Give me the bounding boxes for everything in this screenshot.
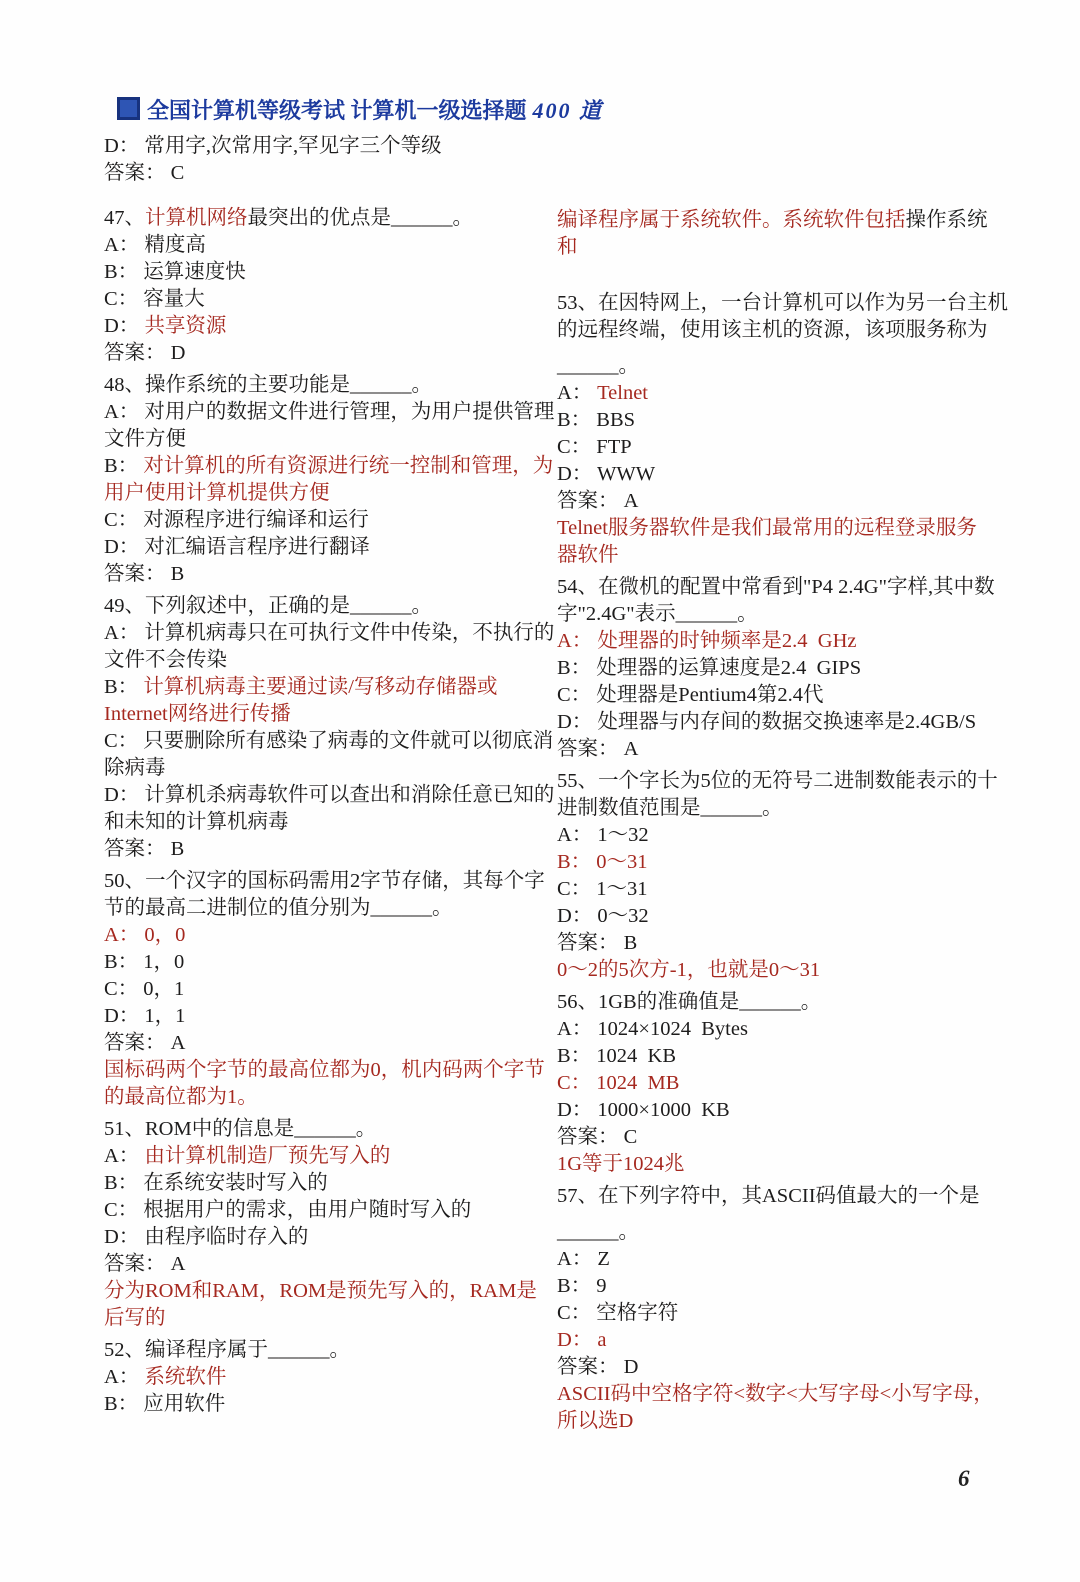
text-line: D： 1，1	[104, 1003, 554, 1030]
text-line: 编译程序属于系统软件。系统软件包括操作系统	[557, 207, 1002, 234]
text-segment: A： 处理器的时钟频率是2.4 GHz	[557, 630, 857, 652]
text-line: 56、1GB的准确值是______。	[557, 989, 1002, 1016]
text-segment: 53、在因特网上，一台计算机可以作为另一台主机	[557, 292, 1008, 314]
text-segment: 答案： A	[557, 490, 638, 512]
page-title: 全国计算机等级考试 计算机一级选择题	[147, 98, 527, 123]
text-line: D： 共享资源	[104, 313, 554, 340]
text-line: 54、在微机的配置中常看到"P4 2.4G"字样,其中数	[557, 574, 1002, 601]
text-line: D： WWW	[557, 461, 1002, 488]
text-segment: B： 9	[557, 1275, 607, 1297]
text-line: A： 0，0	[104, 922, 554, 949]
text-line: 和	[557, 234, 1002, 261]
text-segment: 操作系统	[906, 209, 988, 231]
text-line: 答案： D	[104, 340, 554, 367]
text-line: A： 精度高	[104, 232, 554, 259]
text-line: 57、在下列字符中，其ASCII码值最大的一个是	[557, 1183, 1002, 1210]
question-56: 56、1GB的准确值是______。A： 1024×1024 BytesB： 1…	[557, 989, 1002, 1178]
text-segment: 答案： D	[104, 342, 185, 364]
text-segment: 0～2的5次方-1，也就是0～31	[557, 959, 820, 981]
text-segment: B： 0～31	[557, 851, 648, 873]
text-segment: 编译程序属于系统软件。系统软件包括	[557, 209, 906, 231]
text-line: C： 容量大	[104, 286, 554, 313]
text-line: ______。	[557, 1219, 1002, 1246]
question-47: 47、计算机网络最突出的优点是______。A： 精度高B： 运算速度快C： 容…	[104, 205, 554, 367]
text-segment: 51、ROM中的信息是______。	[104, 1118, 376, 1140]
text-segment: C： 空格字符	[557, 1302, 678, 1324]
text-line: B： 0～31	[557, 849, 1002, 876]
text-segment: B： 运算速度快	[104, 261, 246, 283]
text-line: D： 计算机杀病毒软件可以查出和消除任意已知的	[104, 782, 554, 809]
text-line: C： 空格字符	[557, 1300, 1002, 1327]
text-segment: 文件不会传染	[104, 649, 227, 671]
text-line: B： BBS	[557, 407, 1002, 434]
text-line: 52、编译程序属于______。	[104, 1337, 554, 1364]
text-line: B： 9	[557, 1273, 1002, 1300]
text-line: 字"2.4G"表示______。	[557, 601, 1002, 628]
text-segment: 55、一个字长为5位的无符号二进制数能表示的十	[557, 770, 998, 792]
text-segment: 答案： A	[104, 1253, 185, 1275]
text-line: 49、下列叙述中，正确的是______。	[104, 593, 554, 620]
text-line: A： Z	[557, 1246, 1002, 1273]
text-line: A： 由计算机制造厂预先写入的	[104, 1143, 554, 1170]
text-line: C： 只要删除所有感染了病毒的文件就可以彻底消	[104, 728, 554, 755]
question-57-stem: 57、在下列字符中，其ASCII码值最大的一个是	[557, 1183, 1002, 1210]
question-53-stem: 53、在因特网上，一台计算机可以作为另一台主机的远程终端，使用该主机的资源，该项…	[557, 290, 1002, 344]
text-segment: B： 1024 KB	[557, 1045, 676, 1067]
text-line: Telnet服务器软件是我们最常用的远程登录服务	[557, 515, 1002, 542]
text-segment: C： 对源程序进行编译和运行	[104, 509, 369, 531]
text-line: A： 系统软件	[104, 1364, 554, 1391]
text-segment: 1G等于1024兆	[557, 1153, 685, 1175]
text-segment: D： 由程序临时存入的	[104, 1226, 308, 1248]
text-line: D： 对汇编语言程序进行翻译	[104, 534, 554, 561]
text-segment: 57、在下列字符中，其ASCII码值最大的一个是	[557, 1185, 980, 1207]
text-segment: 进制数值范围是______。	[557, 797, 783, 819]
text-segment: 答案： B	[104, 838, 184, 860]
text-line: 文件不会传染	[104, 647, 554, 674]
text-segment: B： 1，0	[104, 951, 184, 973]
text-segment: A：	[104, 1145, 144, 1167]
text-line: 答案： C	[104, 160, 554, 187]
question-53-options: ______。A： TelnetB： BBSC： FTPD： WWW答案： AT…	[557, 353, 1002, 569]
text-segment: D： 常用字,次常用字,罕见字三个等级	[104, 135, 442, 157]
text-segment: A：	[104, 1366, 144, 1388]
text-segment: 答案： A	[104, 1032, 185, 1054]
text-line: B： 1024 KB	[557, 1043, 1002, 1070]
text-segment: 答案： C	[557, 1126, 637, 1148]
question-55: 55、一个字长为5位的无符号二进制数能表示的十进制数值范围是______。A： …	[557, 768, 1002, 984]
text-line: A： 处理器的时钟频率是2.4 GHz	[557, 628, 1002, 655]
question-54: 54、在微机的配置中常看到"P4 2.4G"字样,其中数字"2.4G"表示___…	[557, 574, 1002, 763]
text-segment: 最突出的优点是______。	[248, 207, 474, 229]
text-segment: A： 精度高	[104, 234, 206, 256]
text-line: 答案： A	[104, 1030, 554, 1057]
text-segment: 分为ROM和RAM，ROM是预先写入的，RAM是	[104, 1280, 537, 1302]
text-line: 答案： A	[557, 736, 1002, 763]
text-segment: C： 处理器是Pentium4第2.4代	[557, 684, 824, 706]
text-line: C： 根据用户的需求，由用户随时写入的	[104, 1197, 554, 1224]
text-line: D： 常用字,次常用字,罕见字三个等级	[104, 133, 554, 160]
question-52: 52、编译程序属于______。A： 系统软件B： 应用软件	[104, 1337, 554, 1418]
text-segment: 系统软件	[144, 1366, 226, 1388]
text-line: 55、一个字长为5位的无符号二进制数能表示的十	[557, 768, 1002, 795]
text-line: B： 在系统安装时写入的	[104, 1170, 554, 1197]
left-column: D： 常用字,次常用字,罕见字三个等级答案： C47、计算机网络最突出的优点是_…	[104, 133, 554, 1423]
text-segment: 54、在微机的配置中常看到"P4 2.4G"字样,其中数	[557, 576, 995, 598]
text-segment: 47、	[104, 207, 145, 229]
text-segment: 答案： A	[557, 738, 638, 760]
text-segment: B： 在系统安装时写入的	[104, 1172, 328, 1194]
text-segment: 52、编译程序属于______。	[104, 1339, 350, 1361]
text-line: 48、操作系统的主要功能是______。	[104, 372, 554, 399]
text-segment: D：	[104, 315, 144, 337]
text-segment: 所以选D	[557, 1410, 633, 1432]
text-segment: ______。	[557, 355, 639, 377]
text-line: 答案： B	[557, 930, 1002, 957]
text-line: 文件方便	[104, 426, 554, 453]
text-segment: B： 应用软件	[104, 1393, 225, 1415]
text-line: D： a	[557, 1327, 1002, 1354]
text-segment: 和未知的计算机病毒	[104, 811, 289, 833]
text-segment: 字"2.4G"表示______。	[557, 603, 758, 625]
text-segment: C： 根据用户的需求，由用户随时写入的	[104, 1199, 471, 1221]
text-segment: A： Z	[557, 1248, 610, 1270]
text-line: 50、一个汉字的国标码需用2字节存储，其每个字	[104, 868, 554, 895]
text-line: 后写的	[104, 1305, 554, 1332]
text-segment: 对计算机的所有资源进行统一控制和管理，为	[143, 455, 553, 477]
text-line: 进制数值范围是______。	[557, 795, 1002, 822]
text-line: C： 0，1	[104, 976, 554, 1003]
text-line: C： 1～31	[557, 876, 1002, 903]
question-48: 48、操作系统的主要功能是______。A： 对用户的数据文件进行管理，为用户提…	[104, 372, 554, 588]
text-segment: C： 只要删除所有感染了病毒的文件就可以彻底消	[104, 730, 553, 752]
text-line: 答案： B	[104, 836, 554, 863]
text-segment: B：	[104, 455, 143, 477]
text-line: 节的最高二进制位的值分别为______。	[104, 895, 554, 922]
text-segment: 计算机网络	[145, 207, 248, 229]
text-segment: A： 1～32	[557, 824, 649, 846]
page-number: 6	[958, 1466, 970, 1492]
text-line: B： 处理器的运算速度是2.4 GIPS	[557, 655, 1002, 682]
text-line: A： 计算机病毒只在可执行文件中传染，不执行的	[104, 620, 554, 647]
text-line: 答案： A	[104, 1251, 554, 1278]
text-line: 国标码两个字节的最高位都为0，机内码两个字节	[104, 1057, 554, 1084]
text-segment: Telnet服务器软件是我们最常用的远程登录服务	[557, 517, 977, 539]
text-line: ASCII码中空格字符<数字<大写字母<小写字母，	[557, 1381, 1002, 1408]
text-line: D： 0～32	[557, 903, 1002, 930]
text-segment: 48、操作系统的主要功能是______。	[104, 374, 432, 396]
question-51: 51、ROM中的信息是______。A： 由计算机制造厂预先写入的B： 在系统安…	[104, 1116, 554, 1332]
text-segment: D： WWW	[557, 463, 655, 485]
text-segment: D： 1，1	[104, 1005, 185, 1027]
text-line: Internet网络进行传播	[104, 701, 554, 728]
text-line: A： 1～32	[557, 822, 1002, 849]
text-line: 和未知的计算机病毒	[104, 809, 554, 836]
text-segment: D： 计算机杀病毒软件可以查出和消除任意已知的	[104, 784, 554, 806]
text-segment: 共享资源	[144, 315, 226, 337]
text-line: D： 1000×1000 KB	[557, 1097, 1002, 1124]
text-line: B： 应用软件	[104, 1391, 554, 1418]
text-line: C： 处理器是Pentium4第2.4代	[557, 682, 1002, 709]
text-line: 器软件	[557, 542, 1002, 569]
text-line: A： 对用户的数据文件进行管理，为用户提供管理	[104, 399, 554, 426]
q46-answer-continued: D： 常用字,次常用字,罕见字三个等级答案： C	[104, 133, 554, 187]
text-line: 答案： D	[557, 1354, 1002, 1381]
document-page: 全国计算机等级考试 计算机一级选择题400 道 D： 常用字,次常用字,罕见字三…	[0, 0, 1080, 1582]
text-segment: 的远程终端，使用该主机的资源，该项服务称为	[557, 319, 988, 341]
text-segment: 49、下列叙述中，正确的是______。	[104, 595, 432, 617]
text-line: B： 1，0	[104, 949, 554, 976]
text-segment: A：	[557, 382, 597, 404]
text-segment: C： FTP	[557, 436, 632, 458]
text-line: 所以选D	[557, 1408, 1002, 1435]
text-segment: Telnet	[597, 382, 648, 404]
text-line: 47、计算机网络最突出的优点是______。	[104, 205, 554, 232]
blue-square-icon	[117, 97, 140, 120]
text-line: A： 1024×1024 Bytes	[557, 1016, 1002, 1043]
text-segment: Internet网络进行传播	[104, 703, 291, 725]
text-line: 答案： C	[557, 1124, 1002, 1151]
text-line: 的远程终端，使用该主机的资源，该项服务称为	[557, 317, 1002, 344]
text-segment: 和	[557, 236, 578, 258]
text-segment: 由计算机制造厂预先写入的	[144, 1145, 390, 1167]
text-segment: D： 0～32	[557, 905, 649, 927]
text-line: C： FTP	[557, 434, 1002, 461]
text-line: 1G等于1024兆	[557, 1151, 1002, 1178]
text-segment: ASCII码中空格字符<数字<大写字母<小写字母，	[557, 1383, 994, 1405]
text-line: A： Telnet	[557, 380, 1002, 407]
text-segment: C： 1～31	[557, 878, 648, 900]
text-segment: B： BBS	[557, 409, 635, 431]
text-line: 用户使用计算机提供方便	[104, 480, 554, 507]
text-line: D： 处理器与内存间的数据交换速率是2.4GB/S	[557, 709, 1002, 736]
text-line: 53、在因特网上，一台计算机可以作为另一台主机	[557, 290, 1002, 317]
text-segment: C： 容量大	[104, 288, 205, 310]
text-line: ______。	[557, 353, 1002, 380]
text-segment: 答案： C	[104, 162, 184, 184]
text-segment: A： 对用户的数据文件进行管理，为用户提供管理	[104, 401, 554, 423]
text-segment: 56、1GB的准确值是______。	[557, 991, 821, 1013]
text-segment: D： 处理器与内存间的数据交换速率是2.4GB/S	[557, 711, 976, 733]
text-segment: 答案： B	[557, 932, 637, 954]
text-segment: 答案： D	[557, 1356, 638, 1378]
right-column: 编译程序属于系统软件。系统软件包括操作系统和53、在因特网上，一台计算机可以作为…	[557, 207, 1002, 1440]
text-segment: C： 0，1	[104, 978, 184, 1000]
text-segment: 除病毒	[104, 757, 166, 779]
text-segment: 答案： B	[104, 563, 184, 585]
text-segment: 50、一个汉字的国标码需用2字节存储，其每个字	[104, 870, 545, 892]
text-line: 答案： B	[104, 561, 554, 588]
text-line: 51、ROM中的信息是______。	[104, 1116, 554, 1143]
text-line: B： 计算机病毒主要通过读/写移动存储器或	[104, 674, 554, 701]
text-segment: 节的最高二进制位的值分别为______。	[104, 897, 453, 919]
text-line: 分为ROM和RAM，ROM是预先写入的，RAM是	[104, 1278, 554, 1305]
text-segment: 文件方便	[104, 428, 186, 450]
question-57-options: ______。A： ZB： 9C： 空格字符D： a答案： DASCII码中空格…	[557, 1219, 1002, 1435]
text-line: 除病毒	[104, 755, 554, 782]
text-segment: A： 1024×1024 Bytes	[557, 1018, 748, 1040]
text-segment: 计算机病毒主要通过读/写移动存储器或	[143, 676, 497, 698]
text-segment: D： 对汇编语言程序进行翻译	[104, 536, 370, 558]
text-line: 0～2的5次方-1，也就是0～31	[557, 957, 1002, 984]
text-segment: B：	[104, 676, 143, 698]
text-segment: C： 1024 MB	[557, 1072, 679, 1094]
text-segment: 后写的	[104, 1307, 166, 1329]
text-segment: 用户使用计算机提供方便	[104, 482, 330, 504]
text-line: C： 对源程序进行编译和运行	[104, 507, 554, 534]
text-segment: D： a	[557, 1329, 607, 1351]
text-line: 的最高位都为1。	[104, 1084, 554, 1111]
text-segment: D： 1000×1000 KB	[557, 1099, 730, 1121]
text-line: D： 由程序临时存入的	[104, 1224, 554, 1251]
text-line: B： 运算速度快	[104, 259, 554, 286]
text-line: B： 对计算机的所有资源进行统一控制和管理，为	[104, 453, 554, 480]
text-segment: 器软件	[557, 544, 619, 566]
text-segment: 国标码两个字节的最高位都为0，机内码两个字节	[104, 1059, 545, 1081]
page-title-count: 400 道	[533, 98, 604, 123]
q52-explanation-continued: 编译程序属于系统软件。系统软件包括操作系统和	[557, 207, 1002, 261]
text-segment: ______。	[557, 1221, 639, 1243]
text-line: 答案： A	[557, 488, 1002, 515]
question-50: 50、一个汉字的国标码需用2字节存储，其每个字节的最高二进制位的值分别为____…	[104, 868, 554, 1111]
text-segment: A： 计算机病毒只在可执行文件中传染，不执行的	[104, 622, 554, 644]
text-segment: 的最高位都为1。	[104, 1086, 258, 1108]
text-segment: A： 0，0	[104, 924, 185, 946]
question-49: 49、下列叙述中，正确的是______。A： 计算机病毒只在可执行文件中传染，不…	[104, 593, 554, 863]
text-segment: B： 处理器的运算速度是2.4 GIPS	[557, 657, 861, 679]
text-line: C： 1024 MB	[557, 1070, 1002, 1097]
